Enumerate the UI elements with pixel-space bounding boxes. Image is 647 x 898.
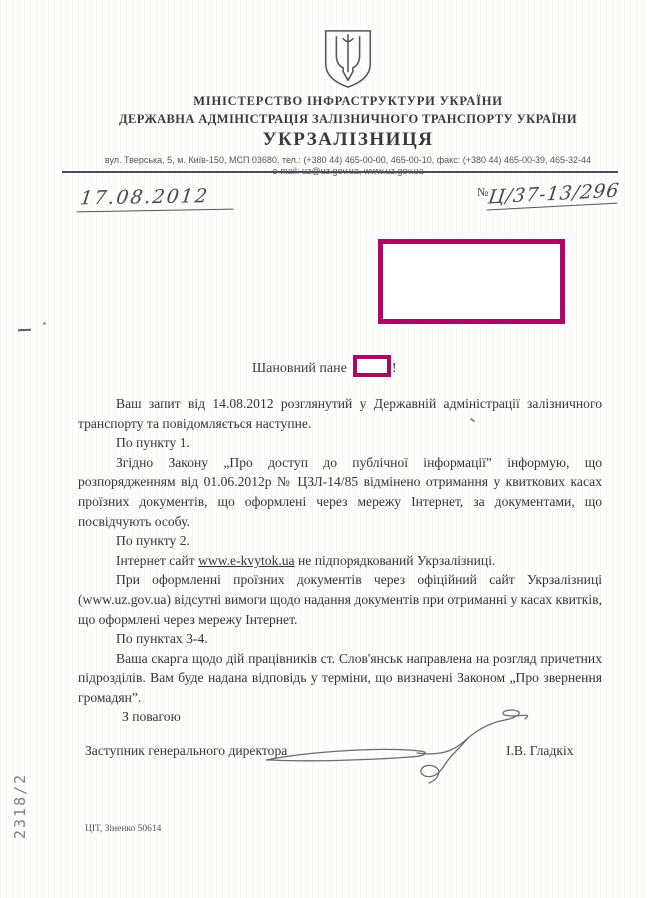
redaction-box-recipient: [378, 239, 565, 324]
letterhead-divider: [62, 171, 618, 173]
body-paragraph: Згідно Закону „Про доступ до публічної і…: [78, 453, 602, 531]
body-paragraph: По пункту 1.: [78, 433, 602, 453]
ref-number-value: Ц/37-13/296: [487, 179, 621, 210]
body-paragraph: Ваша скарга щодо дій працівників ст. Сло…: [78, 649, 602, 708]
ministry-name: МІНІСТЕРСТВО ІНФРАСТРУКТУРИ УКРАЇНИ: [70, 94, 626, 109]
scanned-letter: { "letterhead": { "emblem": "ukraine-tri…: [0, 0, 647, 898]
letter-body: Ваш запит від 14.08.2012 розглянутий у Д…: [78, 394, 602, 708]
body-paragraph: При оформленні проїзних документів через…: [78, 570, 602, 629]
number-sign: №: [477, 185, 488, 199]
body-paragraph: Інтернет сайт www.e-kvytok.ua не підпоря…: [78, 551, 602, 571]
signer-name: І.В. Гладкіх: [506, 743, 574, 759]
executor-note: ЦІТ, Зіненко 50614: [85, 824, 161, 834]
scan-speck: [43, 322, 46, 325]
trident-emblem-icon: [317, 28, 379, 90]
handwritten-date: 17.08.2012: [76, 185, 236, 213]
scan-speck: [18, 329, 31, 331]
salutation-text: Шановний пане: [252, 361, 347, 376]
body-text-segment: Інтернет сайт: [116, 553, 198, 568]
closing-regards: З повагою: [122, 709, 181, 725]
ekvytok-url: www.e-kvytok.ua: [198, 553, 295, 568]
administration-name: ДЕРЖАВНА АДМІНІСТРАЦІЯ ЗАЛІЗНИЧНОГО ТРАН…: [70, 112, 626, 127]
salutation: Шановний пане!: [252, 355, 397, 377]
side-registration-number: 2318/2: [11, 779, 29, 839]
redaction-box-name: [353, 355, 391, 377]
handwritten-ref-number: №Ц/37-13/296: [477, 183, 620, 207]
signature-stroke: [252, 702, 542, 787]
organization-name: УКРЗАЛІЗНИЦЯ: [70, 129, 626, 151]
postal-address: вул. Тверська, 5, м. Київ-150, МСП 03680…: [70, 155, 626, 165]
body-paragraph: По пункту 2.: [78, 531, 602, 551]
body-paragraph: Ваш запит від 14.08.2012 розглянутий у Д…: [78, 394, 602, 433]
body-text-segment: не підпорядкований Укрзалізниці.: [295, 553, 496, 568]
letterhead: МІНІСТЕРСТВО ІНФРАСТРУКТУРИ УКРАЇНИ ДЕРЖ…: [70, 28, 626, 176]
salutation-exclamation: !: [392, 361, 397, 376]
body-paragraph: По пунктах 3-4.: [78, 629, 602, 649]
